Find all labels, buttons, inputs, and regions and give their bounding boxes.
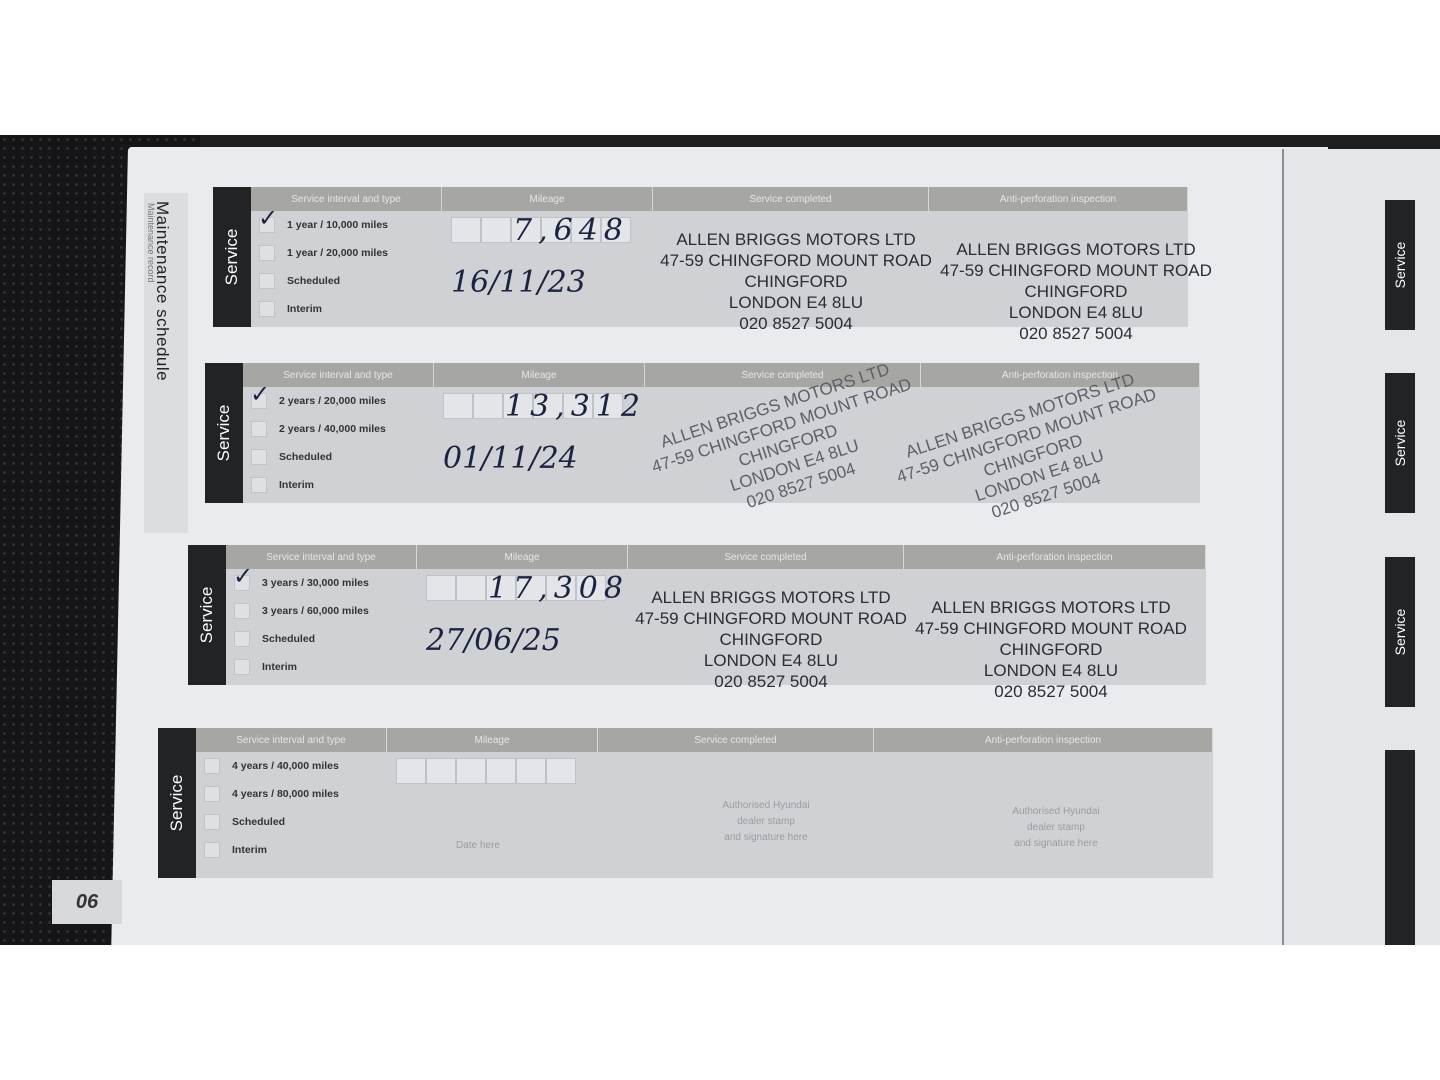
checkbox[interactable] — [251, 449, 267, 465]
interval-option[interactable]: 4 years / 40,000 miles — [196, 752, 386, 780]
date-handwritten: 16/11/23 — [451, 265, 586, 300]
mileage-handwritten: 17,308 — [488, 571, 629, 606]
interval-option[interactable]: Scheduled — [243, 443, 433, 471]
date-handwritten: 27/06/25 — [426, 623, 561, 658]
date-placeholder: Date here — [456, 840, 500, 851]
inspection-stamp-placeholder: Authorised Hyundaidealer stampand signat… — [966, 804, 1146, 852]
interval-option[interactable]: Interim — [243, 471, 433, 499]
right-service-tab: Service — [1385, 373, 1415, 513]
checkbox[interactable] — [259, 245, 275, 261]
column-headers: Service interval and type Mileage Servic… — [226, 545, 1206, 569]
interval-option[interactable]: Scheduled — [251, 267, 441, 295]
interval-option[interactable]: 1 year / 20,000 miles — [251, 239, 441, 267]
checkbox[interactable] — [234, 603, 250, 619]
date-handwritten: 01/11/24 — [443, 441, 578, 476]
checkbox[interactable] — [234, 575, 250, 591]
section-subtitle: Maintenance record — [146, 203, 156, 283]
dealer-stamp-service: ALLEN BRIGGS MOTORS LTD47-59 CHINGFORD M… — [621, 587, 921, 692]
booklet-right-page — [1282, 149, 1440, 945]
checkbox[interactable] — [259, 217, 275, 233]
service-entry: Service Service interval and type Mileag… — [158, 728, 1213, 878]
service-form: Service interval and type Mileage Servic… — [243, 363, 1200, 503]
column-headers: Service interval and type Mileage Servic… — [251, 187, 1188, 211]
service-tab: Service — [213, 187, 251, 327]
checkbox[interactable] — [204, 786, 220, 802]
mileage-boxes[interactable] — [396, 758, 576, 784]
interval-option[interactable]: 4 years / 80,000 miles — [196, 780, 386, 808]
service-form: Service interval and type Mileage Servic… — [226, 545, 1206, 685]
photo: Maintenance schedule Maintenance record … — [0, 135, 1440, 945]
service-entry: Service Service interval and type Mileag… — [213, 187, 1188, 327]
service-stamp-placeholder: Authorised Hyundaidealer stampand signat… — [676, 798, 856, 846]
checkbox[interactable] — [251, 393, 267, 409]
interval-option[interactable]: Scheduled — [226, 625, 416, 653]
checkbox[interactable] — [251, 477, 267, 493]
interval-option[interactable]: Scheduled — [196, 808, 386, 836]
service-tab: Service — [205, 363, 243, 503]
service-tab: Service — [158, 728, 196, 878]
checkbox[interactable] — [204, 842, 220, 858]
checkbox[interactable] — [234, 631, 250, 647]
interval-option[interactable]: Interim — [196, 836, 386, 864]
interval-option[interactable]: Interim — [226, 653, 416, 681]
checkbox[interactable] — [259, 301, 275, 317]
dealer-stamp-inspection: ALLEN BRIGGS MOTORS LTD47-59 CHINGFORD M… — [926, 239, 1226, 344]
service-form: Service interval and type Mileage Servic… — [196, 728, 1213, 878]
column-headers: Service interval and type Mileage Servic… — [196, 728, 1213, 752]
checkbox[interactable] — [204, 814, 220, 830]
right-service-tab: Service — [1385, 557, 1415, 707]
interval-option[interactable]: 3 years / 60,000 miles — [226, 597, 416, 625]
interval-option[interactable]: Interim — [251, 295, 441, 323]
interval-option[interactable]: 2 years / 40,000 miles — [243, 415, 433, 443]
page-number: 06 — [52, 880, 122, 924]
mileage-handwritten: 7,648 — [513, 213, 629, 248]
right-service-tab: Service — [1385, 200, 1415, 330]
dealer-stamp-service: ALLEN BRIGGS MOTORS LTD47-59 CHINGFORD M… — [646, 229, 946, 334]
checkbox[interactable] — [259, 273, 275, 289]
interval-option[interactable]: 1 year / 10,000 miles — [251, 211, 441, 239]
service-entry: Service Service interval and type Mileag… — [205, 363, 1200, 503]
service-entry: Service Service interval and type Mileag… — [188, 545, 1206, 685]
right-service-tab — [1385, 750, 1415, 945]
checkbox[interactable] — [251, 421, 267, 437]
mileage-handwritten: 13,312 — [505, 389, 646, 424]
service-tab: Service — [188, 545, 226, 685]
checkbox[interactable] — [204, 758, 220, 774]
service-form: Service interval and type Mileage Servic… — [251, 187, 1188, 327]
checkbox[interactable] — [234, 659, 250, 675]
dealer-stamp-inspection: ALLEN BRIGGS MOTORS LTD47-59 CHINGFORD M… — [901, 597, 1201, 702]
interval-option[interactable]: 2 years / 20,000 miles — [243, 387, 433, 415]
section-title-panel: Maintenance schedule Maintenance record — [144, 193, 188, 533]
column-headers: Service interval and type Mileage Servic… — [243, 363, 1200, 387]
interval-option[interactable]: 3 years / 30,000 miles — [226, 569, 416, 597]
